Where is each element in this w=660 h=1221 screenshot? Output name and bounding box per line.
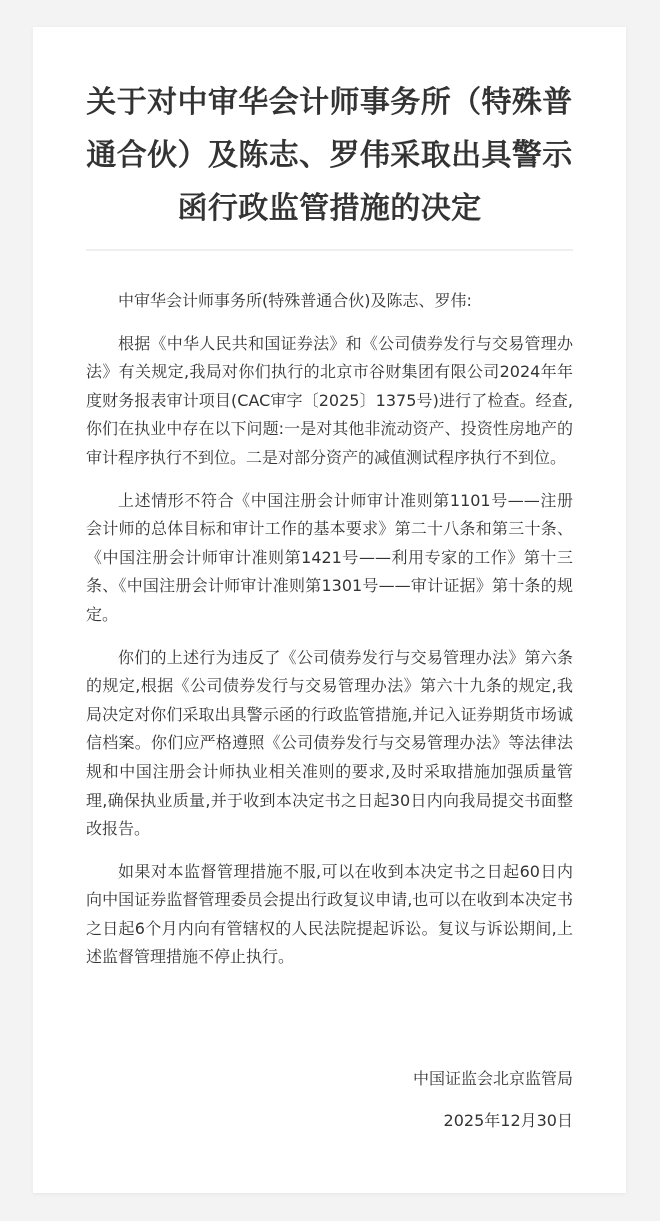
document-card: 关于对中审华会计师事务所（特殊普通合伙）及陈志、罗伟采取出具警示函行政监管措施的… — [33, 27, 626, 1193]
paragraph-inspection-findings: 根据《中华人民共和国证券法》和《公司债券发行与交易管理办法》有关规定,我局对你们… — [86, 330, 573, 473]
issue-date: 2025年12月30日 — [413, 1109, 573, 1133]
document-title: 关于对中审华会计师事务所（特殊普通合伙）及陈志、罗伟采取出具警示函行政监管措施的… — [86, 76, 573, 235]
signoff-block: 中国证监会北京监管局 2025年12月30日 — [413, 1067, 573, 1133]
paragraph-standards-violated: 上述情形不符合《中国注册会计师审计准则第1101号——注册会计师的总体目标和审计… — [86, 487, 573, 630]
title-divider — [86, 249, 573, 251]
paragraph-decision: 你们的上述行为违反了《公司债券发行与交易管理办法》第六条的规定,根据《公司债券发… — [86, 644, 573, 844]
paragraph-appeal-rights: 如果对本监督管理措施不服,可以在收到本决定书之日起60日内向中国证券监督管理委员… — [86, 858, 573, 972]
document-body: 中审华会计师事务所(特殊普通合伙)及陈志、罗伟: 根据《中华人民共和国证券法》和… — [86, 287, 573, 972]
salutation: 中审华会计师事务所(特殊普通合伙)及陈志、罗伟: — [86, 287, 573, 316]
issuing-authority: 中国证监会北京监管局 — [413, 1067, 573, 1091]
